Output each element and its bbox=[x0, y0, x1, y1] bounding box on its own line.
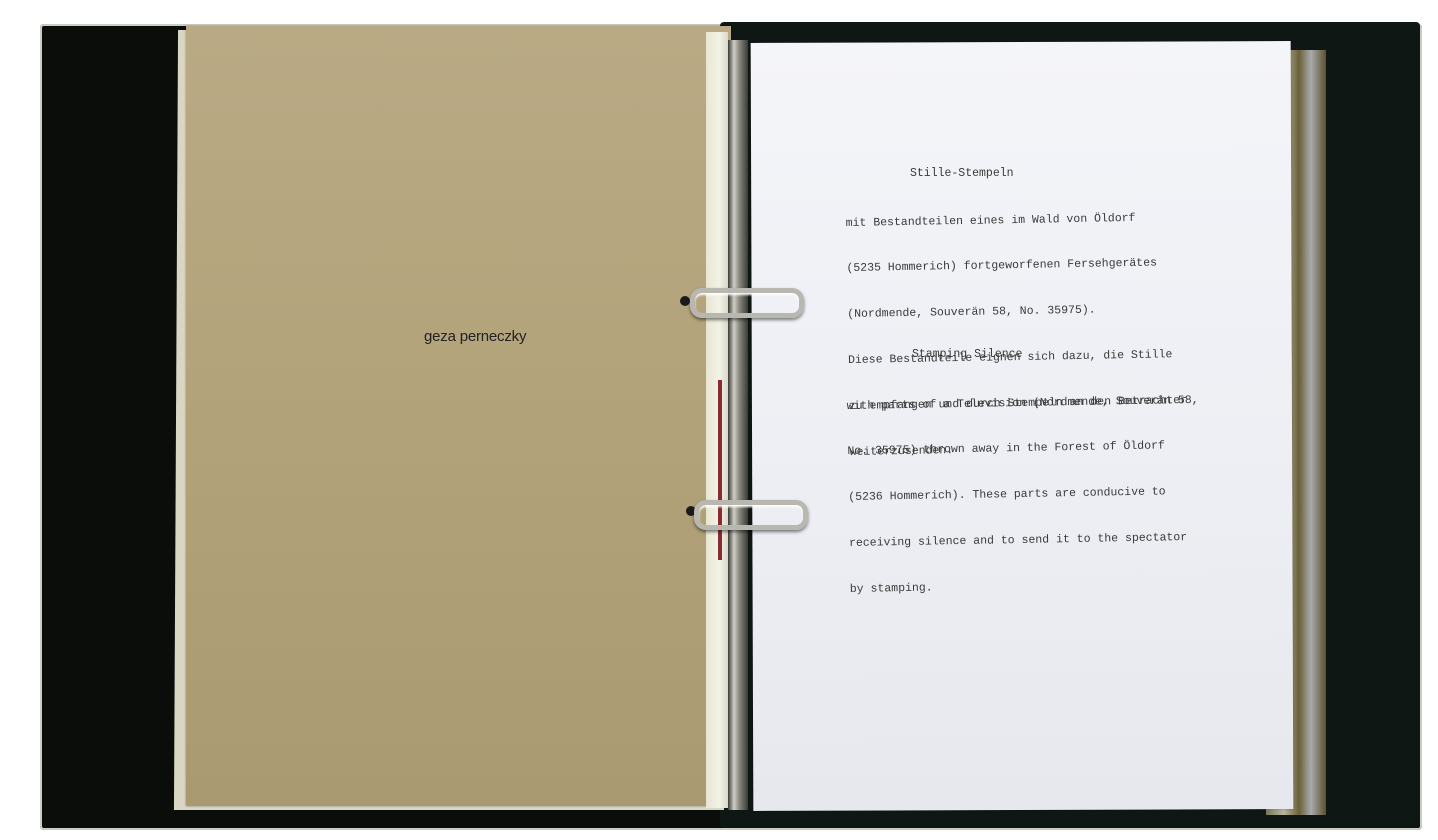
german-line: (5235 Hommerich) fortgeworfenen Fersehge… bbox=[846, 256, 1184, 277]
english-title: Stamping Silence bbox=[912, 347, 1022, 362]
author-name: geza perneczky bbox=[424, 328, 526, 345]
binder-ring-bottom[interactable] bbox=[694, 500, 808, 530]
english-text: with parts of a Television (Nordmende, S… bbox=[846, 362, 1202, 613]
english-line: receiving silence and to send it to the … bbox=[849, 530, 1201, 551]
english-line: by stamping. bbox=[850, 576, 1202, 597]
left-title-page[interactable] bbox=[186, 26, 731, 806]
binder-ring-top[interactable] bbox=[690, 288, 804, 318]
english-line: (5236 Hommerich). These parts are conduc… bbox=[848, 484, 1200, 505]
english-line: with parts of a Television (Nordmende, S… bbox=[847, 392, 1199, 413]
german-line: mit Bestandteilen eines im Wald von Öldo… bbox=[846, 210, 1184, 231]
punch-hole-top bbox=[680, 296, 690, 306]
english-line: No. 35975) thrown away in the Forest of … bbox=[847, 438, 1199, 459]
ring-mechanism-bar bbox=[728, 40, 748, 810]
left-page-edges bbox=[706, 32, 728, 808]
red-page-edge bbox=[718, 380, 722, 560]
german-title: Stille-Stempeln bbox=[910, 166, 1014, 181]
german-line: (Nordmende, Souverän 58, No. 35975). bbox=[847, 301, 1185, 322]
